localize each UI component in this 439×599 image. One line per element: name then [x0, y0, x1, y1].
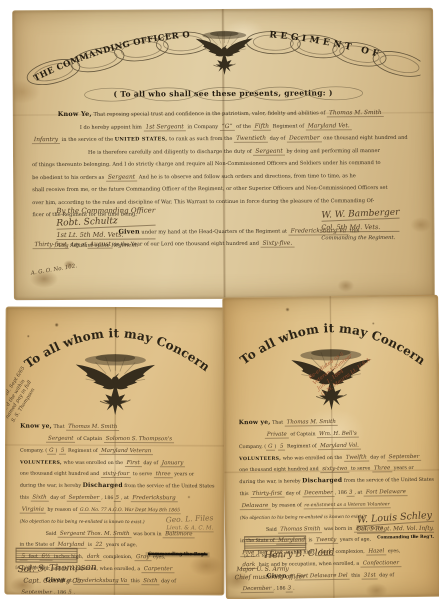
printed-text: day of — [369, 455, 387, 460]
text-line: September, 1865. — [19, 585, 215, 595]
colonel-title: Commanding the Regiment. — [321, 235, 399, 241]
handwritten-text: sixty-two — [320, 466, 349, 473]
banner-right-text: REGIMENT OF — [269, 30, 383, 62]
handwritten-text: Private — [265, 431, 289, 438]
printed-text: complexion, — [334, 550, 366, 555]
major-rank: Major U. S. Army — [236, 566, 288, 574]
printed-text: of things thereunto belonging. And I do … — [32, 160, 381, 168]
printed-text: be obedient to his orders as — [32, 174, 106, 180]
ago-corner-note: A. G. O. No. 102. — [31, 263, 78, 276]
printed-text: one thousand eight hundred and — [239, 468, 320, 474]
handwritten-text: September — [387, 453, 422, 460]
printed-text: , 186 — [273, 586, 285, 591]
text-line: VOLUNTEERS, who was enrolled on the Firs… — [20, 455, 216, 468]
printed-text: I do hereby appoint him — [80, 124, 144, 130]
colonel-signature: W. Louis Schley — [356, 510, 434, 527]
printed-text: day of — [49, 496, 67, 501]
printed-text: of Captain — [76, 437, 104, 442]
printed-text: Said — [266, 527, 278, 532]
printed-text: Company, ( — [239, 444, 266, 449]
printed-text: He is therefore carefully and diligently… — [88, 148, 253, 155]
handwritten-text: sixty-four — [101, 471, 131, 478]
text-line: December, 1863. — [241, 580, 433, 594]
printed-text: of the — [235, 123, 253, 129]
handwritten-text: Sergeant — [106, 174, 137, 181]
adjutant-rank: 1st Lt. 5th Md. Vets. — [56, 230, 155, 240]
handwritten-text: Carpenter — [142, 566, 175, 573]
colonel-rank: Col. 5 Regt. Md. Vol. Infty. — [357, 526, 434, 534]
printed-text: Know ye, — [239, 419, 271, 426]
handwritten-text: Solomon S. Thompson's — [104, 436, 174, 443]
handwritten-text: Fredericksburg — [130, 495, 177, 502]
printed-text: Discharged — [302, 477, 342, 484]
fine-print-lines — [16, 548, 78, 563]
printed-text: during the war, is hereby — [239, 480, 302, 486]
printed-text: to serve — [131, 472, 154, 477]
handwritten-text: Sergeant Thos. M. Smith — [58, 530, 132, 537]
handwritten-text: 22 — [93, 542, 104, 549]
handwritten-text: September — [19, 589, 54, 595]
handwritten-text: Thomas M. Smith — [327, 110, 384, 117]
handwritten-text: Fort Delaware — [364, 489, 408, 497]
printed-text: this — [20, 496, 31, 501]
handwritten-text: Maryland Veteran — [99, 448, 153, 455]
printed-text: UNITED STATES, — [115, 136, 168, 142]
printed-text: years or — [392, 466, 413, 471]
text-line: Know Ye, That reposing special trust and… — [58, 105, 423, 120]
text-line: Virginia by reason of G.O. No. 77 A.G.O.… — [20, 502, 216, 515]
text-line: Sergeant of Captain Solomon S. Thompson'… — [46, 432, 216, 445]
adjutant-signature: Robt. Schultz — [56, 215, 155, 230]
colonel-signature: W. W. Bamberger — [321, 208, 399, 222]
banner-scrollwork: THE COMMANDING OFFICER OF THE REGIMENT O… — [25, 14, 420, 90]
printed-text: VOLUNTEERS, — [239, 456, 281, 462]
printed-text: this — [129, 579, 141, 584]
handwritten-text: Confectioner — [361, 560, 401, 567]
discharge-document-1865: To all whom it may Concern: Balto. Md. S… — [4, 307, 225, 596]
printed-text: complexion, — [102, 555, 134, 560]
printed-text: day of — [378, 573, 394, 578]
printed-text: who was enrolled on the — [281, 455, 344, 461]
major-title: Chief mustering officer — [235, 573, 306, 581]
printed-text: was born in — [322, 526, 354, 531]
handwritten-text: Twenty — [314, 537, 338, 544]
handwritten-text: G.O. No. 77 A.G.O. War Dept May 8th 1865 — [79, 508, 181, 514]
printed-text: years of age, — [104, 543, 137, 548]
printed-text: by reason of — [270, 503, 303, 508]
handwritten-text: 3 — [347, 490, 355, 497]
handwritten-text: Fifth — [253, 123, 271, 130]
printed-text: eyes, — [386, 549, 400, 554]
handwritten-text: Maryland Vet. — [306, 123, 352, 130]
handwritten-text: dark — [85, 554, 102, 561]
printed-text: That reposing special trust and confiden… — [92, 110, 327, 117]
handwritten-text: December — [287, 135, 322, 142]
printed-text: by reason of — [46, 508, 79, 513]
scan-background: THE COMMANDING OFFICER OF THE REGIMENT O… — [0, 0, 439, 599]
faint-officer-signature-block: Geo. L. Files Lieut. & A. C. M. — [166, 514, 214, 532]
printed-text: was born in — [132, 532, 164, 537]
printed-text: Discharged — [83, 482, 123, 489]
printed-text: Know Ye, — [58, 110, 92, 118]
printed-text: Regiment of — [285, 444, 318, 449]
printed-text: is — [307, 539, 314, 544]
handwritten-text: Virginia — [20, 506, 46, 513]
printed-text: day of — [284, 491, 302, 496]
struck-printed-title: Commanding the Regt. — [146, 540, 210, 559]
colonel-printed-title: Commanding the Reg't. — [357, 534, 434, 540]
printed-text: Regiment of — [271, 123, 306, 129]
printed-text: That — [271, 421, 285, 426]
by-commanding-officer-line: By the Commanding Officer — [56, 206, 155, 215]
text-line: one thousand eight hundred and sixty-fou… — [20, 467, 216, 480]
printed-text: during the war, is hereby — [20, 484, 83, 489]
discharge-document-1863: To all whom it may Concern: Re-enlisted … — [222, 295, 439, 599]
handwritten-text: December — [241, 586, 274, 593]
printed-text: , 186 — [335, 491, 347, 496]
greeting-line: ( To all who shall see these presents, g… — [14, 88, 433, 100]
handwritten-text: “G” — [220, 123, 235, 130]
printed-text: is — [86, 543, 93, 548]
printed-text: . — [293, 586, 295, 591]
text-line: this Sixth day of September, 1865, at Fr… — [20, 491, 216, 504]
printed-text: by doing and performing all manner — [285, 148, 380, 155]
printed-text: to serve — [349, 467, 372, 472]
banner-left-text: THE COMMANDING OFFICER OF THE — [25, 14, 191, 83]
eagle-emblem-icon — [196, 31, 253, 75]
printed-text: Know ye, — [20, 423, 52, 430]
printed-text: Regiment of — [66, 448, 99, 453]
printed-text: , 186 — [101, 496, 113, 501]
adjutant-title-line: Actg Adjutant of the Regiment. — [57, 242, 156, 249]
handwritten-text: Thomas Smith — [278, 526, 322, 534]
printed-text: And he is to observe and follow such ord… — [137, 173, 356, 180]
printed-text: who was enrolled on the — [62, 460, 125, 465]
handwritten-text: Sergeant — [253, 148, 284, 155]
printed-text: in the service of the — [60, 137, 115, 143]
handwritten-text: 1st Sergeant — [143, 124, 185, 131]
handwritten-text: Thomas M. Smith — [66, 424, 119, 431]
printed-text: of Captain — [289, 432, 317, 437]
printed-text: from the service of the United States — [342, 478, 434, 484]
printed-text: VOLUNTEERS, — [20, 460, 62, 465]
printed-text: , 186 — [54, 591, 66, 596]
colonel-signature-block: W. W. Bamberger Col. 5th Md. Vets. Comma… — [321, 207, 399, 247]
handwritten-text: three — [154, 472, 173, 479]
handwritten-text: Sixth — [30, 495, 48, 502]
faint-officer-rank: Lieut. & A. C. M. — [166, 525, 214, 532]
text-line: during the war, is hereby Discharged fro… — [20, 479, 216, 492]
printed-text: shall receive from me, or the future Com… — [32, 185, 387, 193]
commission-signature-row: By the Commanding Officer Robt. Schultz … — [56, 205, 399, 249]
printed-text: , at — [121, 496, 130, 501]
handwritten-text: G — [266, 443, 274, 450]
printed-text: to rank as such from the — [168, 136, 235, 142]
handwritten-text: G — [47, 447, 55, 454]
handwritten-text: Thomas M. Smith — [285, 419, 338, 427]
handwritten-text: September — [67, 495, 102, 502]
handwritten-text: First — [125, 460, 142, 467]
handwritten-text: Twelfth — [344, 454, 369, 461]
text-line: of things thereunto belonging. And I do … — [32, 155, 423, 170]
printed-text: day of — [142, 461, 160, 466]
colonel-signature-block: W. Louis Schley Col. 5 Regt. Md. Vol. In… — [356, 512, 434, 540]
printed-text: , at — [354, 491, 363, 496]
printed-text: Company, ( — [20, 448, 47, 453]
colonel-rank: Col. 5th Md. Vets. — [321, 223, 399, 232]
printed-text: one thousand eight hundred and — [322, 135, 408, 142]
printed-text: in Company — [186, 124, 220, 130]
handwritten-text: Wm. H. Bell's — [317, 431, 359, 439]
printed-text: from the service of the United States — [123, 484, 215, 489]
adjutant-title-prefix: Actg — [57, 243, 69, 249]
payment-endorsement-note: Balto. Md. Sept 6/65Rec'd the withinname… — [4, 366, 43, 424]
handwritten-text: re-enlistment as a Veteran Volunteer — [303, 502, 391, 509]
handwritten-text: December — [302, 490, 335, 497]
printed-text: years or — [173, 473, 194, 478]
printed-text: That — [52, 425, 66, 430]
adjutant-signature-block: By the Commanding Officer Robt. Schultz … — [56, 206, 155, 249]
printed-text: (No objection to his being re-enlisted i… — [20, 519, 145, 525]
printed-text: this — [240, 492, 251, 497]
handwritten-text: Delaware — [240, 503, 271, 510]
commission-document: THE COMMANDING OFFICER OF THE REGIMENT O… — [12, 8, 435, 301]
handwritten-text: Three — [372, 466, 392, 473]
text-line: Company, (G) 5 Regiment of Maryland Vete… — [20, 443, 216, 456]
handwritten-text: Thirty-first — [250, 491, 284, 498]
handwritten-text: Infantry — [32, 137, 60, 144]
printed-text: day of — [268, 136, 287, 142]
handwritten-text: Hazel — [366, 549, 386, 556]
handwritten-text: 31st — [362, 572, 378, 579]
captain-rank: Capt. Com'd'g Co. — [23, 577, 83, 585]
printed-text: day of — [160, 579, 176, 584]
handwritten-text: January — [160, 460, 186, 467]
printed-text: (No objection to his being re-enlisted i… — [240, 514, 365, 521]
handwritten-text: Sixth — [141, 578, 159, 585]
struck-title-text: Commanding the Regt. — [146, 552, 210, 557]
handwritten-text: Sergeant — [46, 436, 75, 443]
text-line: Know ye, That Thomas M. Smith — [20, 420, 216, 433]
printed-text: . — [74, 591, 76, 596]
eagle-emblem-icon — [69, 354, 161, 418]
printed-text: one thousand eight hundred and — [20, 472, 101, 477]
handwritten-text: Twentieth — [234, 136, 268, 143]
handwritten-text: Maryland Vol. — [318, 442, 361, 450]
adjutant-title: Adjutant of the Regiment. — [70, 243, 138, 249]
faint-officer-signature: Geo. L. Files — [166, 513, 214, 524]
printed-text: Said — [46, 531, 58, 536]
text-line: this Thirty-first day of December, 1863,… — [239, 485, 431, 499]
printed-text: this — [350, 574, 362, 579]
